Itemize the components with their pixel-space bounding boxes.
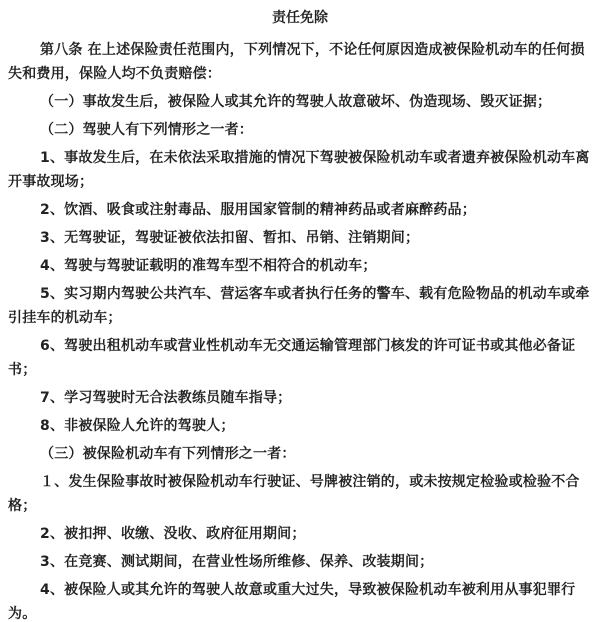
para-item-2-sub-2: 2、饮酒、吸食或注射毒品、服用国家管制的精神药品或者麻醉药品；	[8, 198, 592, 222]
para-item-2-sub-7: 7、学习驾驶时无合法教练员随车指导；	[8, 386, 592, 410]
document-title: 责任免除	[8, 8, 592, 28]
para-item-1: （一）事故发生后，被保险人或其允许的驾驶人故意破坏、伪造现场、毁灭证据；	[8, 90, 592, 114]
para-item-2-header: （二）驾驶人有下列情形之一者：	[8, 118, 592, 142]
para-item-3-header: （三）被保险机动车有下列情形之一者：	[8, 442, 592, 466]
para-item-2-sub-3: 3、无驾驶证，驾驶证被依法扣留、暂扣、吊销、注销期间；	[8, 226, 592, 250]
para-item-3-sub-2: 2、被扣押、收缴、没收、政府征用期间；	[8, 522, 592, 546]
para-item-3-sub-4: 4、被保险人或其允许的驾驶人故意或重大过失，导致被保险机动车被利用从事犯罪行为。	[8, 578, 592, 622]
para-item-2-sub-5: 5、实习期内驾驶公共汽车、营运客车或者执行任务的警车、载有危险物品的机动车或牵引…	[8, 282, 592, 330]
para-item-2-sub-8: 8、非被保险人允许的驾驶人；	[8, 414, 592, 438]
document-page: 责任免除 第八条 在上述保险责任范围内，下列情况下，不论任何原因造成被保险机动车…	[0, 0, 600, 622]
para-item-2-sub-4: 4、驾驶与驾驶证载明的准驾车型不相符合的机动车；	[8, 254, 592, 278]
para-article-8: 第八条 在上述保险责任范围内，下列情况下，不论任何原因造成被保险机动车的任何损失…	[8, 38, 592, 86]
para-item-2-sub-1: 1、事故发生后，在未依法采取措施的情况下驾驶被保险机动车或者遗弃被保险机动车离开…	[8, 146, 592, 194]
para-item-3-sub-3: 3、在竞赛、测试期间，在营业性场所维修、保养、改装期间；	[8, 550, 592, 574]
para-item-3-sub-1: １、发生保险事故时被保险机动车行驶证、号牌被注销的，或未按规定检验或检验不合格；	[8, 470, 592, 518]
para-item-2-sub-6: 6、驾驶出租机动车或营业性机动车无交通运输管理部门核发的许可证书或其他必备证书；	[8, 334, 592, 382]
